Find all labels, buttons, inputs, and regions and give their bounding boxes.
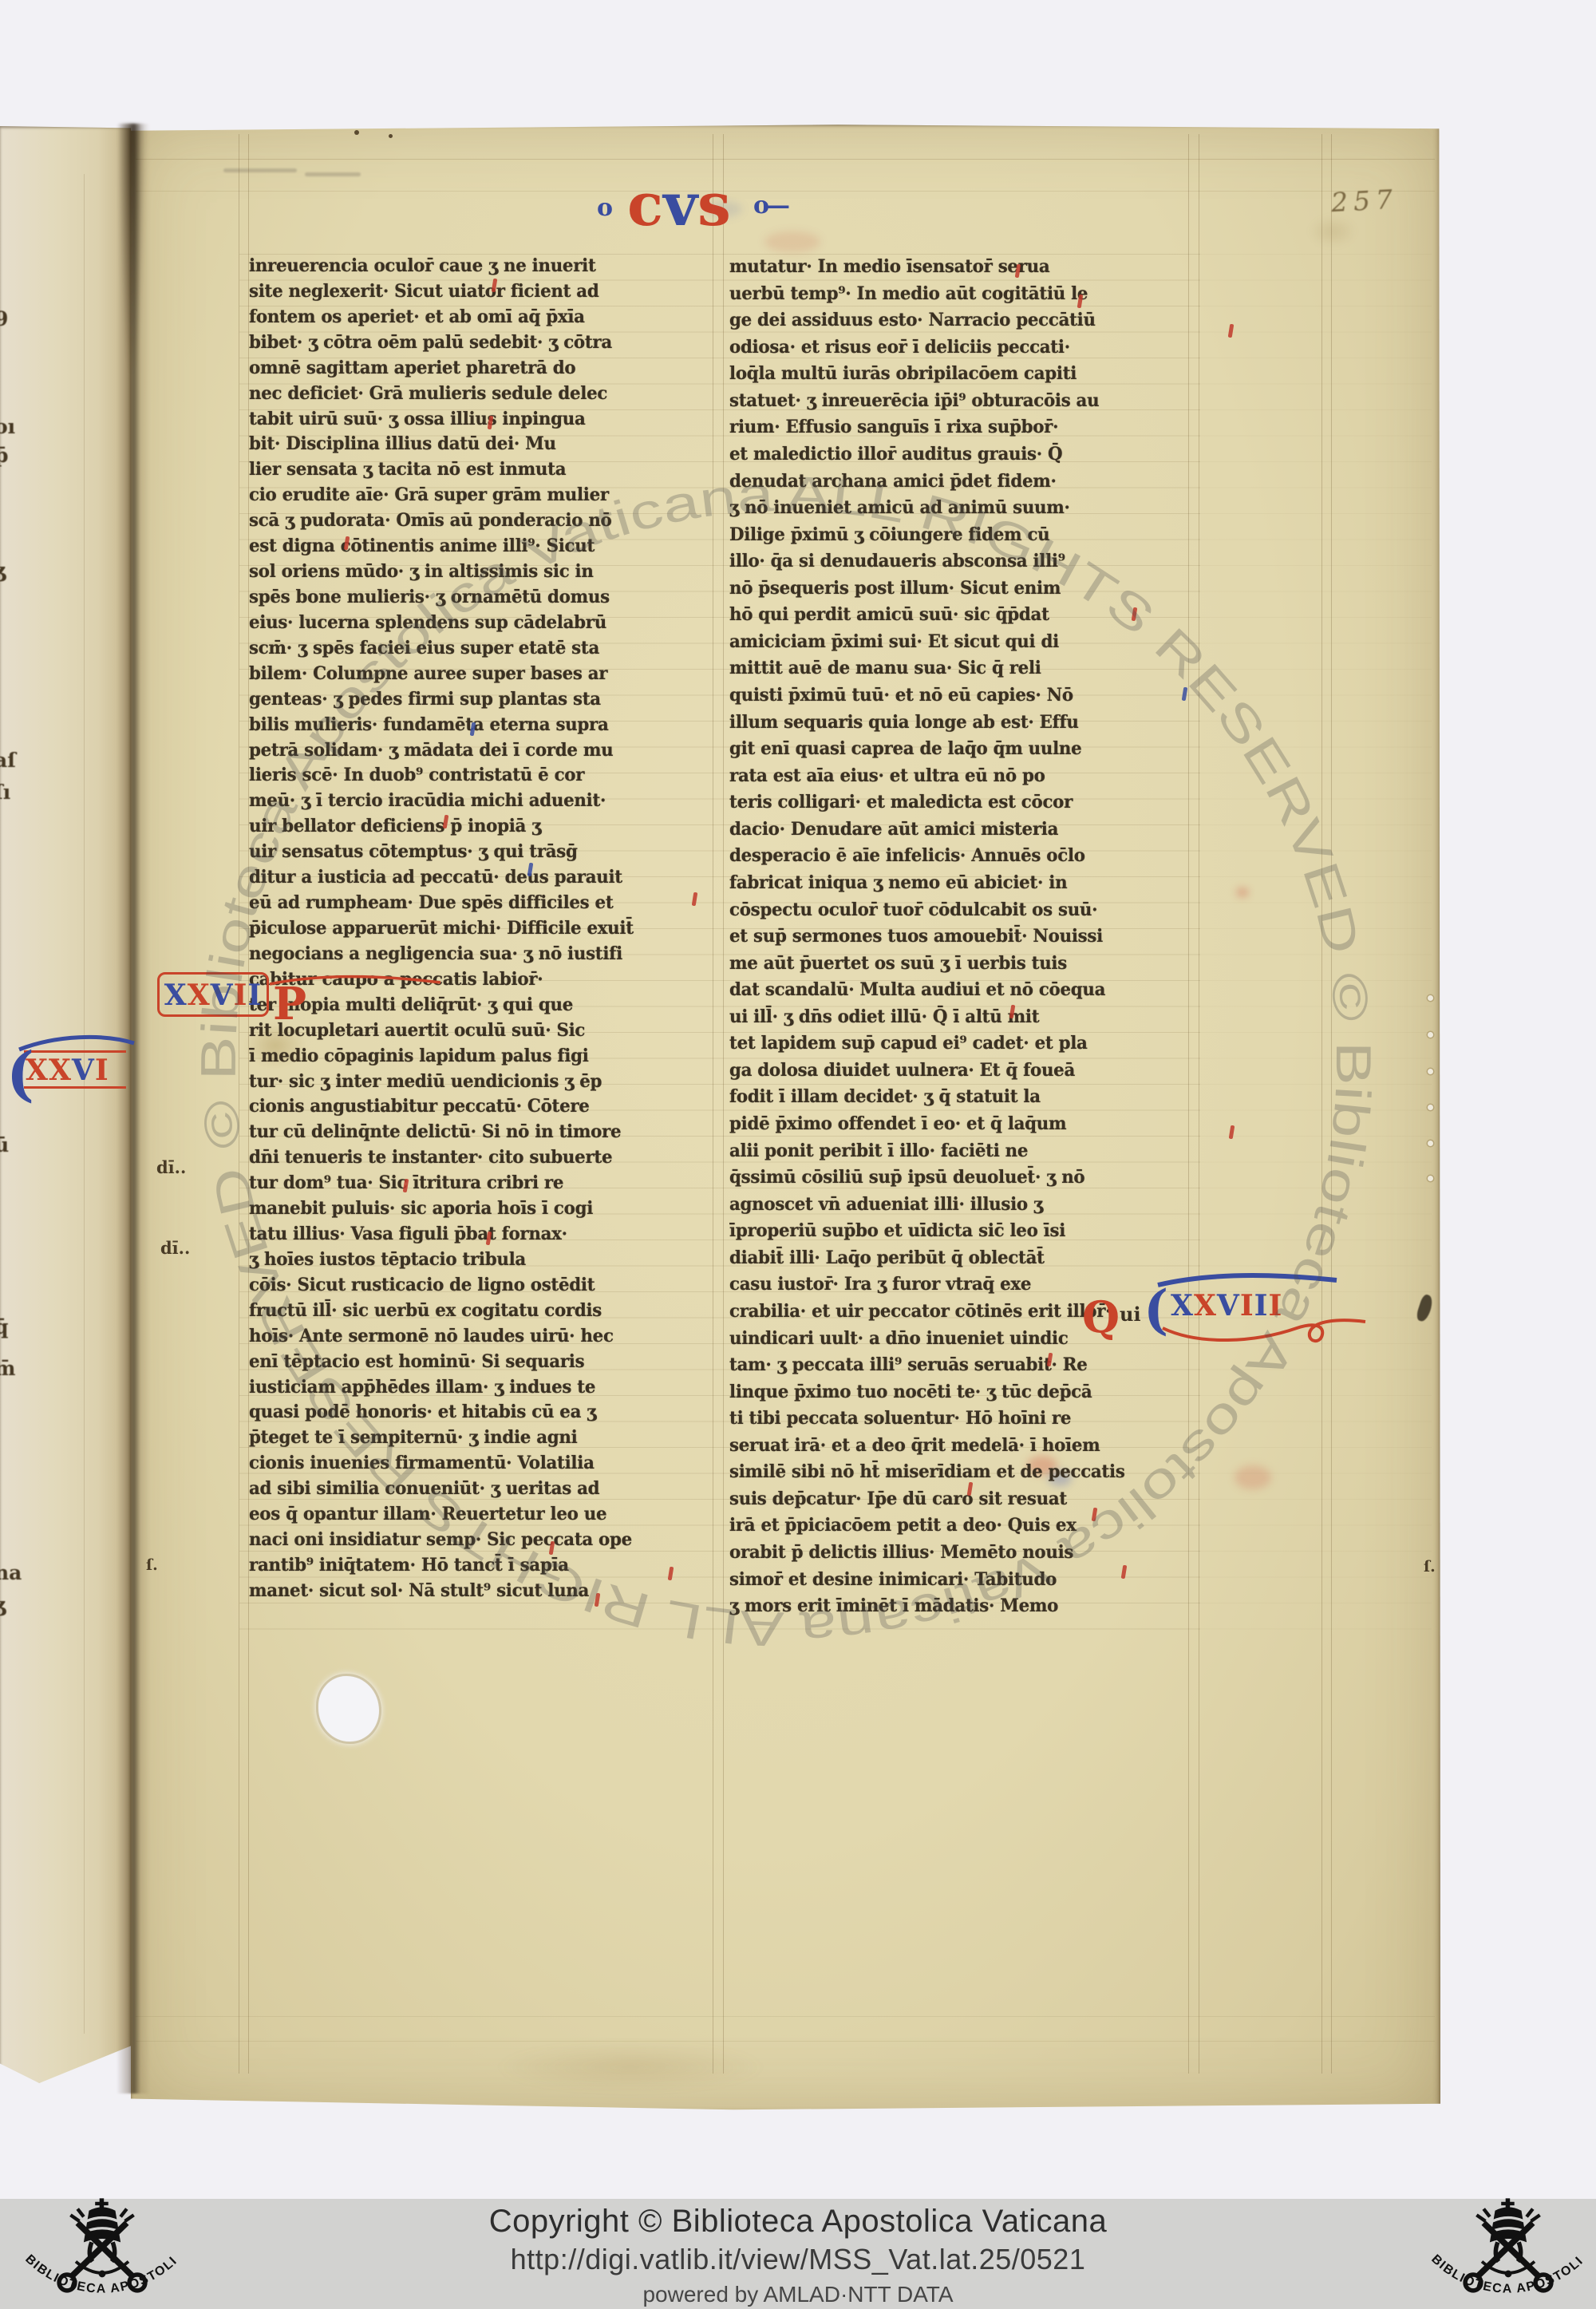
manuscript-line: seruat irā· et a deo q̄rit medelā· ī hoī… [729, 1433, 1187, 1460]
manuscript-line: ditur a iusticia ad peccatū· deus paraui… [249, 865, 709, 891]
ruling-line-horizontal [136, 159, 1435, 160]
rubricated-letter: I [247, 979, 262, 1011]
manuscript-line: rantib⁹ iniq̄tatem· Hō tanct̄ ī sapīa [249, 1553, 709, 1579]
manuscript-line: naci oni insidiatur semp· Sic peccata op… [249, 1528, 709, 1553]
rubricated-letter: V [72, 1054, 95, 1086]
rubricated-letter: X [1194, 1290, 1217, 1322]
rubricated-letter: I [1240, 1290, 1254, 1322]
manuscript-line: uir bellator deficiens p̄ inopiā ʒ [249, 814, 709, 840]
marginal-gloss: dı̄.. [156, 1157, 186, 1177]
rubricated-letter: V [1217, 1290, 1240, 1322]
manuscript-line: fontem os aperiet· et ab omī aq̄ p̄xīa [249, 305, 709, 330]
rubricated-letter: X [164, 979, 188, 1011]
rubricated-letter: I [1254, 1290, 1269, 1322]
manuscript-line: rata est aīa eius· et ultra eū nō po [729, 763, 1187, 790]
vatican-library-logo-left: BIBLIOTECA APOSTOLICA VATICANA [14, 2196, 190, 2308]
manuscript-line: et sup̄ sermones tuos amouebit̄· Nouissi [729, 923, 1187, 951]
manuscript-line: rit locupletari auertit oculū suū· Sic [249, 1018, 709, 1044]
ruling-line-horizontal [136, 2016, 1435, 2017]
rubricated-letter: I [234, 979, 248, 1011]
manuscript-line: ī medio cōpaginis lapidum palus figi [249, 1044, 709, 1069]
manuscript-line: īproperiū sup̄bo et uīdicta sic̄ leo īsi [729, 1218, 1187, 1245]
manuscript-line: teris colligari· et maledicta est cōcor [729, 789, 1187, 816]
manuscript-line: genteas· ʒ pedes firmi sup plantas sta [249, 687, 709, 713]
marginal-gloss: dı̄.. [160, 1238, 190, 1258]
manuscript-line: Dilige p̄ximū ʒ cōiungere fidem cū [729, 522, 1187, 549]
manuscript-line: bilem· Columpne auree super bases ar [249, 662, 709, 687]
manuscript-line: ad sibi similia conueniūt· ʒ ueritas ad [249, 1477, 709, 1502]
manuscript-line: dacio· Denudare aūt amici misteria [729, 816, 1187, 844]
manuscript-line: dn̄i tenueris te instanter· cito subuert… [249, 1145, 709, 1171]
book-gutter-shadow-top [118, 124, 145, 379]
facing-page-ruling-line [84, 174, 85, 2034]
graphite-dash [305, 172, 361, 176]
manuscript-line: lieris scē· In duob⁹ contristatū ē cor [249, 763, 709, 789]
manuscript-line: fodit ī illam decidet· ʒ q̄ statuit la [729, 1084, 1187, 1111]
manuscript-line: rium· Effusio sanguīs ī rixa sup̄bor̄· [729, 414, 1187, 441]
manuscript-line: statuet· ʒ inreuerēcia ip̄i⁹ obturacōis … [729, 388, 1187, 415]
rubricated-letter: V [211, 979, 234, 1011]
rubricated-letter: v [663, 177, 697, 233]
manuscript-line: scm̄· ʒ spēs faciei eius super etatē sta [249, 636, 709, 662]
manuscript-line: ʒ nō inueniet amicū ad animū suum· [729, 495, 1187, 522]
manuscript-line: tur dom⁹ tua· Sic ītritura cribri re [249, 1171, 709, 1196]
manuscript-line: bilis mulieris· fundamēta eterna supra [249, 713, 709, 738]
numeral-swash-red [1159, 1319, 1375, 1358]
footer-url: http://digi.vatlib.it/view/MSS_Vat.lat.2… [319, 2243, 1277, 2276]
facing-page-text-fragment: ʒ [0, 559, 6, 582]
manuscript-line: alii ponit peribit ī illo· faciēti ne [729, 1138, 1187, 1165]
manuscript-line: desperacio ē aīe infelicis· Annuēs oc̄lo [729, 843, 1187, 870]
manuscript-line: linque p̄ximo tuo nocēti te· ʒ tūc dep̄c… [729, 1379, 1187, 1406]
manuscript-line: similē sibi nō ht̄ miserīdiam et de pecc… [729, 1459, 1187, 1486]
parchment-pinhole [1428, 1141, 1433, 1146]
parchment-pinhole [1428, 1032, 1433, 1038]
manuscript-line: nō p̄sequeris post illum· Sicut enim [729, 575, 1187, 603]
manuscript-line: illo· q̄a si denudaueris absconsa illi⁹ [729, 548, 1187, 575]
manuscript-line: ʒ mors erit īminēt ī mādatis· Memo [729, 1593, 1187, 1620]
manuscript-line: sol oriens mūdo· ʒ in altissimis sic in [249, 559, 709, 585]
ruling-line-vertical [1321, 134, 1322, 2074]
manuscript-line: cio erudite aīe· Grā super grām mulier [249, 483, 709, 508]
manuscript-line: hō qui perdit amicū suū· sic q̄p̄dat [729, 602, 1187, 629]
manuscript-line: petrā solidam· ʒ mādata dei ī corde mu [249, 738, 709, 764]
manuscript-line: p̄iculose apparuerūt michi· Difficile ex… [249, 916, 709, 942]
facing-page-text-fragment: p̄ [0, 444, 8, 467]
footer-text-block: Copyright © Biblioteca Apostolica Vatica… [319, 2199, 1277, 2307]
marginal-gloss: ſ. [1424, 1558, 1436, 1576]
manuscript-line: cionis inuenies firmamentū· Volatilia [249, 1451, 709, 1477]
manuscript-line: git enī quasi caprea de laq̄o q̄m uulne [729, 736, 1187, 763]
manuscript-line: tam· ʒ peccata illi⁹ seruās seruabit· Re [729, 1352, 1187, 1379]
manuscript-line: scā ʒ pudorata· Omīs aū ponderacio nō [249, 508, 709, 534]
manuscript-line: uerbū temp⁹· In medio aūt cogitātiū le [729, 281, 1187, 308]
footer-powered-by: powered by AMLAD·NTT DATA [319, 2282, 1277, 2307]
ruling-line-horizontal [136, 2041, 1435, 2042]
parchment-pinhole [1428, 995, 1433, 1001]
manuscript-line: loq̄la multū iurās obripilacōem capiti [729, 361, 1187, 388]
vatican-emblem-icon [1465, 2198, 1551, 2291]
manuscript-line: tatu illius· Vasa figuli p̄bat fornax· [249, 1222, 709, 1247]
marginal-gloss: ſ. [146, 1556, 158, 1574]
rubricated-letter: c [627, 177, 663, 233]
facing-page-text-fragment: oı [0, 415, 15, 438]
footer-bar: Copyright © Biblioteca Apostolica Vatica… [0, 2199, 1596, 2309]
facing-page-text-fragment: na [0, 1561, 22, 1584]
numeral-swash [1156, 1271, 1340, 1288]
facing-page-text-fragment: m̄ [0, 1357, 15, 1380]
manuscript-line: eos q̄ opantur illam· Reuertetur leo ue [249, 1502, 709, 1528]
manuscript-line [249, 1604, 709, 1630]
initial-qui-rest: ui [1120, 1303, 1141, 1326]
manuscript-line: mittit auē de manu sua· Sic q̄ reli [729, 655, 1187, 682]
manuscript-line: negocians a negligencia sua· ʒ nō iustif… [249, 942, 709, 967]
rubricated-letter: X [1171, 1290, 1194, 1322]
manuscript-line: diabit̄ illi· Laq̄o peribūt q̄ oblectāt̄ [729, 1245, 1187, 1272]
manuscript-line: uir sensatus cōtemptus· ʒ qui trāsḡ [249, 840, 709, 865]
rubricated-letter: X [26, 1054, 49, 1086]
manuscript-line: tur· sic ʒ inter mediū uendicionis ʒ ēp [249, 1069, 709, 1095]
rubricated-letter: s [697, 177, 731, 233]
manuscript-line: ʒ hoīes iustos tēptacio tribula [249, 1247, 709, 1273]
manuscript-line: ter inopia multi deliq̄rūt· ʒ qui que [249, 993, 709, 1018]
running-title: cvs [627, 177, 731, 233]
manuscript-line: ge dei assiduus esto· Narracio peccātiū [729, 307, 1187, 334]
manuscript-line: agnoscet vn̄ adueniat illi· illusio ʒ [729, 1192, 1187, 1219]
manuscript-line: tur cū delinq̄nte delictū· Si nō in timo… [249, 1120, 709, 1145]
facing-page-text-fragment: ʒ [0, 1593, 6, 1616]
manuscript-line: cionis angustiabitur peccatū· Cōtere [249, 1094, 709, 1120]
numeral-swash [16, 1032, 136, 1053]
manuscript-line: ga dolosa diuidet uulnera· Et q̄ foueā [729, 1058, 1187, 1085]
facing-page-text-fragment: aſ [0, 749, 16, 772]
manuscript-line: bibet· ʒ cōtra oēm palū sedebit· ʒ cōtra [249, 330, 709, 356]
manuscript-line: quasi podē honoris· et hitabis cū ea ʒ [249, 1400, 709, 1425]
manuscript-line: bit· Disciplina illius datū dei· Mu [249, 432, 709, 457]
ruling-line-vertical [1331, 134, 1332, 2074]
manuscript-line: me aūt p̄uertet os suū ʒ ī uerbis tuis [729, 951, 1187, 978]
manuscript-line: eū ad rumpheam· Due spēs difficiles et [249, 891, 709, 916]
header-ornament-left: o [597, 194, 613, 222]
footer-copyright: Copyright © Biblioteca Apostolica Vatica… [319, 2204, 1277, 2240]
manuscript-line: enī tēptacio est hominū· Si sequaris [249, 1350, 709, 1375]
manuscript-line: manebit puluis· sic aporia hoīs ī cogi [249, 1196, 709, 1222]
rubricated-letter: I [1269, 1290, 1283, 1322]
manuscript-line: q̄ssimū cōsiliū sup̄ ipsū deuoluet̄· ʒ n… [729, 1164, 1187, 1192]
initial-qui: Qui [1082, 1293, 1141, 1338]
manuscript-line: cōis· Sicut rusticacio de ligno ostēdit [249, 1273, 709, 1299]
vatican-library-logo-right: BIBLIOTECA APOSTOLICA VATICANA [1420, 2196, 1596, 2308]
manuscript-line: eius· lucerna splendens sup cādelabrū [249, 611, 709, 636]
facing-page-text-fragment: ſı [0, 781, 10, 804]
header-ornament-right: o— [753, 192, 787, 219]
facing-page-text-fragment: ū [0, 1133, 9, 1156]
manuscript-line: et maledictio illor̄ auditus grauis· Q̄ [729, 441, 1187, 469]
manuscript-line: omnē sagittam aperiet pharetrā do [249, 356, 709, 382]
vatican-emblem-icon [59, 2198, 145, 2291]
facing-page-text-fragment: 9 [0, 307, 8, 330]
manuscript-line: site neglexerit· Sicut uiator ficient ad [249, 279, 709, 305]
manuscript-line: tabit uirū suū· ʒ ossa illius inpingua [249, 407, 709, 433]
manuscript-line: amiciciam p̄ximi sui· Et sicut qui di [729, 629, 1187, 656]
manuscript-line: ti tibi peccata soluentur· Hō hoīni re [729, 1406, 1187, 1433]
rubricated-letter: I [95, 1054, 109, 1086]
manuscript-line: pidē p̄ximo offendet ī eo· et q̄ laq̄um [729, 1111, 1187, 1138]
manuscript-line: iusticiam app̄hēdes illam· ʒ indues te [249, 1375, 709, 1401]
manuscript-line: fructū ill̄· sic uerbū ex cogitatu cordi… [249, 1299, 709, 1324]
manuscript-line: fabricat iniqua ʒ nemo eū abiciet· in [729, 870, 1187, 897]
manuscript-line: lier sensata ʒ tacita nō est inmuta [249, 457, 709, 483]
manuscript-line: hoīs· Ante sermonē nō laudes uirū· hec [249, 1324, 709, 1350]
parchment-pinhole [1428, 1176, 1433, 1181]
rubricated-letter: X [49, 1054, 72, 1086]
manuscript-line: p̄teget te ī sempiternū· ʒ indie agni [249, 1425, 709, 1451]
manuscript-line: irā et p̄piciacōem petit a deo· Quis ex [729, 1512, 1187, 1540]
manuscript-line: denudat archana amici p̄det fidem· [729, 469, 1187, 496]
chapter-numeral-left-xxvii: XXVII [157, 972, 269, 1017]
text-column-right: mutatur· In medio īsensator̄ seruauerbū … [729, 254, 1202, 1621]
manuscript-line: tet lapidem sup̄ capud ei⁹ cadet· et pla [729, 1030, 1187, 1058]
chapter-numeral-facing-xxvi: ( XXVI [24, 1050, 126, 1089]
graphite-dash [223, 168, 297, 172]
manuscript-line: manet· sicut sol· Nā stult⁹ sicut luna [249, 1579, 709, 1604]
parchment-hole [318, 1676, 379, 1742]
manuscript-line: orabit p̄ delictis illius· Memēto nouis [729, 1540, 1187, 1567]
manuscript-line: nec deficiet· Grā mulieris sedule delec [249, 382, 709, 407]
parchment-pinhole [1428, 1069, 1433, 1074]
folio-number: 257 [1330, 184, 1399, 218]
facing-page-text-fragment: q̄ [0, 1315, 8, 1338]
initial-propter: P [273, 982, 306, 1026]
manuscript-line: dat scandalū· Multa audiui et nō cōequa [729, 977, 1187, 1004]
manuscript-line: odiosa· et risus eor̄ ī deliciis peccati… [729, 334, 1187, 362]
text-column-left: inreuerencia oculor̄ caue ʒ ne inueritsi… [249, 254, 723, 1631]
manuscript-line: spēs bone mulieris· ʒ ornamētū domus [249, 585, 709, 611]
manuscript-line: quisti p̄ximū tuū· et nō eū capies· Nō [729, 682, 1187, 710]
manuscript-line: mutatur· In medio īsensator̄ serua [729, 254, 1187, 281]
manuscript-line: suis dep̄catur· Ip̄e dū caro sit resuat [729, 1486, 1187, 1513]
ruling-line-vertical [239, 134, 239, 2074]
manuscript-line: est digna cōtinentis anime illi⁹· Sicut [249, 534, 709, 559]
manuscript-line: cōspectu oculor̄ tuor̄ cōdulcabit os suū… [729, 897, 1187, 924]
ruling-line-vertical [723, 134, 724, 2074]
manuscript-line: ui ill̄· ʒ dn̄s odiet illū· Q̄ ī altū mi… [729, 1004, 1187, 1031]
manuscript-line: inreuerencia oculor̄ caue ʒ ne inuerit [249, 254, 709, 279]
manuscript-line: meū· ʒ ī tercio iracūdia michi aduenit· [249, 789, 709, 814]
rubricated-letter: X [188, 979, 211, 1011]
parchment-pinhole [1428, 1105, 1433, 1110]
digitized-manuscript-viewer-page: { "header": { "prefix_mark": "o", "lette… [0, 0, 1596, 2309]
manuscript-line: illum sequaris quia longe ab est· Effu [729, 710, 1187, 737]
manuscript-line: simor̄ et desine inimicari· Tabitudo [729, 1567, 1187, 1594]
